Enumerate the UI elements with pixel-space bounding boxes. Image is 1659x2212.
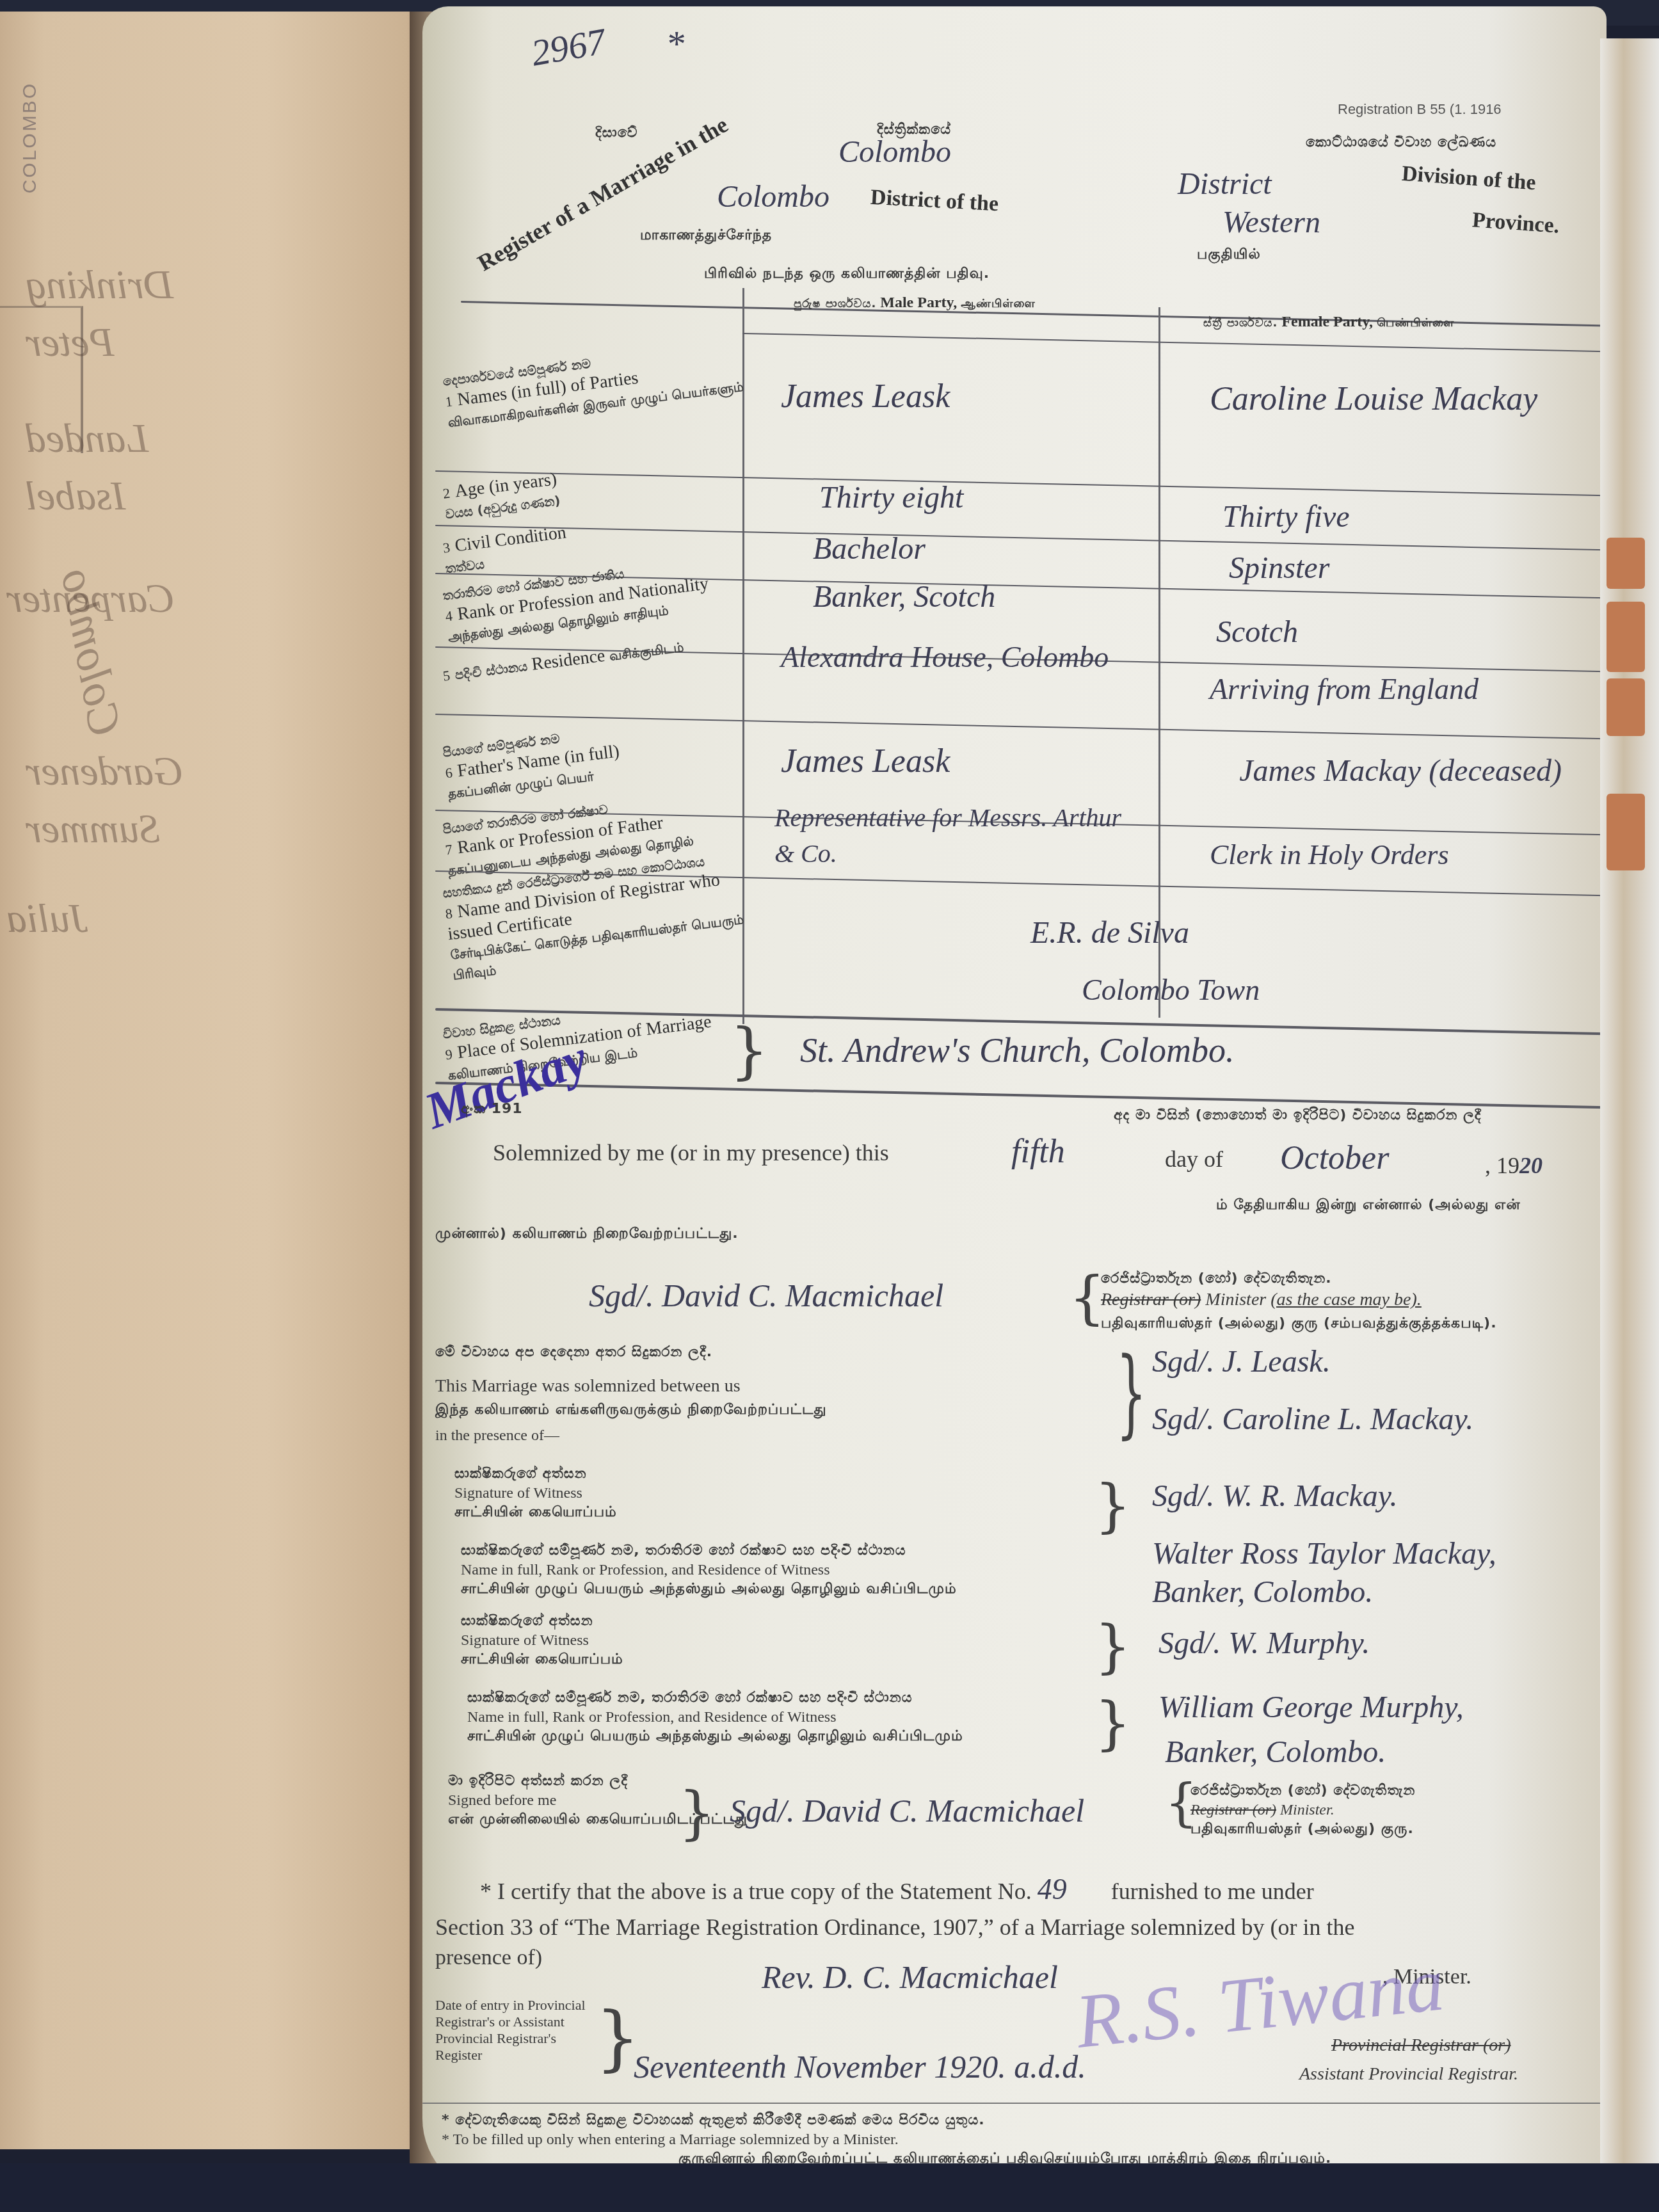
witness1-details-label: Name in full, Rank or Profession, and Re…: [461, 1562, 829, 1579]
minister-signature: Sgd/. David C. Macmichael: [589, 1277, 943, 1314]
form-code: Registration B 55 (1. 1916: [1338, 101, 1502, 118]
form-number-small: අංක 191: [461, 1101, 523, 1117]
ghost-writing: Summer: [26, 805, 160, 853]
footnote-text: * To be filled up only when entering a M…: [442, 2131, 899, 2149]
witness1-sig-label-sinhala: සාක්ෂිකරුගේ අත්සන: [454, 1466, 587, 1482]
brace: }: [678, 1779, 715, 1847]
registrar-division: Colombo Town: [1082, 973, 1260, 1007]
witness2-signature: Sgd/. W. Murphy.: [1158, 1626, 1370, 1661]
male-name: James Leask: [781, 378, 950, 415]
brace: {: [1069, 1264, 1105, 1331]
table-bottom-rule: [435, 1082, 1607, 1109]
header-tamil-2: பிரிவில் நடந்த ஒரு கலியாணத்தின் பதிவு.: [704, 266, 990, 284]
signed-before-role-sinhala: රෙජිස්ට්‍රාර්තැන (හෝ) දේවගැතිතැන: [1190, 1783, 1415, 1799]
solemnized-text: Solemnized by me (or in my presence) thi…: [493, 1139, 889, 1166]
column-header-female: ස්ත්‍රී පාර්ශවය. Female Party, பெண்பிள்ள…: [1203, 314, 1454, 331]
minister-role: Registrar (or) Minister (as the case may…: [1101, 1290, 1422, 1310]
header-tamil-1: மாகாணத்துச்சேர்ந்த: [640, 227, 772, 245]
male-residence: Alexandra House, Colombo: [781, 640, 1139, 675]
parties-label-tamil: இந்த கலியாணம் எங்களிருவருக்கும் நிறைவேற்…: [435, 1402, 827, 1420]
adjacent-page-edge: [1600, 38, 1659, 2183]
brace: }: [1094, 1472, 1131, 1539]
witness2-sig-label-tamil: சாட்சியின் கையொப்பம்: [461, 1651, 623, 1669]
female-residence: Arriving from England: [1210, 672, 1479, 706]
minister-role-sinhala: රෙජිස්ට්‍රාර්තැන (හෝ) දේවගැතිතැන.: [1101, 1270, 1332, 1286]
ghost-writing: Landed: [26, 415, 148, 462]
witness1-details-label-sinhala: සාක්ෂිකරුගේ සම්පූර්ණ නම, තරාතිරම හෝ රක්ෂ…: [461, 1543, 906, 1559]
registrar-name: E.R. de Silva: [1030, 915, 1189, 950]
female-party-signature: Sgd/. Caroline L. Mackay.: [1152, 1402, 1473, 1437]
left-page-stamp: COLOMBO: [19, 82, 41, 193]
witness1-sig-label-tamil: சாட்சியின் கையொப்பம்: [454, 1504, 617, 1522]
presence-label: in the presence of—: [435, 1427, 559, 1445]
signed-before-signature: Sgd/. David C. Macmichael: [730, 1792, 1084, 1829]
registrar-role: Assistant Provincial Registrar.: [1299, 2064, 1518, 2085]
signed-before-label-sinhala: මා ඉදිරිපිට අත්සන් කරන ලදී: [448, 1773, 628, 1789]
certification-minister: Rev. D. C. Macmichael: [762, 1959, 1058, 1996]
header-rule: [742, 333, 1607, 352]
brace: }: [1094, 1613, 1131, 1680]
witness1-sig-label: Signature of Witness: [454, 1485, 582, 1502]
male-party-signature: Sgd/. J. Leask.: [1152, 1344, 1331, 1379]
solemnized-year-prefix: , 1920: [1485, 1152, 1543, 1179]
certification-line2: Section 33 of “The Marriage Registration…: [435, 1914, 1355, 1941]
male-civil-condition: Bachelor: [813, 531, 926, 566]
female-civil-condition: Spinster: [1229, 550, 1329, 586]
solemnized-day: fifth: [1011, 1133, 1065, 1171]
ghost-writing: Drinking: [26, 261, 173, 309]
torn-edge: [1607, 602, 1645, 672]
signed-before-role-tamil: பதிவுகாரியஸ்தர் (அல்லது) குரு.: [1190, 1821, 1414, 1839]
parties-label: This Marriage was solemnized between us: [435, 1376, 741, 1397]
header-division-handwritten: District: [1178, 166, 1272, 202]
left-page: COLOMBO Drinking Peter Landed Isabel Car…: [0, 12, 442, 2149]
male-rank-nationality: Banker, Scotch: [813, 579, 995, 614]
solemnized-tamil-2: முன்னால்) கலியாணம் நிறைவேற்றப்பட்டது.: [435, 1226, 739, 1244]
annotation-number: 2967: [528, 19, 609, 74]
torn-edge: [1607, 678, 1645, 736]
column-header-male: පුරුෂ පාර්ශවය. Male Party, ஆண்பிள்ளை: [794, 294, 1036, 312]
entry-date: Seventeenth November 1920. a.d.d.: [634, 2048, 1086, 2085]
certification-line1: * I certify that the above is a true cop…: [480, 1872, 1314, 1906]
minister-role-tamil: பதிவுகாரியஸ்தர் (அல்லது) குரு (சம்பவத்து…: [1101, 1315, 1497, 1333]
male-father-profession: Representative for Messrs. Arthur & Co.: [774, 800, 1146, 872]
witness2-details-label-sinhala: සාක්ෂිකරුගේ සම්පූර්ණ නම, තරාතිරම හෝ රක්ෂ…: [467, 1690, 912, 1706]
place-of-solemnization: St. Andrew's Church, Colombo.: [800, 1030, 1235, 1070]
witness2-profession-residence: Banker, Colombo.: [1165, 1735, 1386, 1770]
ghost-writing: Isabel: [26, 472, 125, 520]
witness1-signature: Sgd/. W. R. Mackay.: [1152, 1479, 1397, 1514]
male-father-name: James Leask: [781, 742, 950, 780]
header-district-label: District of the: [870, 186, 999, 216]
registrar-role-struck: Provincial Registrar (or): [1331, 2035, 1511, 2056]
brace: }: [1094, 1690, 1131, 1757]
witness1-profession-residence: Banker, Colombo.: [1152, 1575, 1373, 1610]
footnote-rule: [422, 2103, 1607, 2104]
header-district-handwritten: Colombo: [838, 134, 951, 170]
female-name: Caroline Louise Mackay: [1210, 371, 1555, 428]
brace: }: [730, 1014, 769, 1086]
torn-edge: [1607, 794, 1645, 870]
solemnized-month: October: [1280, 1139, 1389, 1177]
signed-before-role: Registrar (or) Minister.: [1190, 1802, 1334, 1819]
female-father-name: James Mackay (deceased): [1203, 752, 1562, 790]
witness2-details-label-tamil: சாட்சியின் முழுப் பெயரும் அந்தஸ்தும் அல்…: [467, 1728, 963, 1746]
witness2-sig-label: Signature of Witness: [461, 1632, 589, 1649]
ghost-writing: Gardener: [26, 748, 183, 795]
marriage-register-page: 2967 * Registration B 55 (1. 1916 දිසාවේ…: [422, 6, 1607, 2195]
parties-label-sinhala: මේ විවාහය අප දෙදෙනා අතර සිදුකරන ලදී.: [435, 1344, 712, 1360]
row-label-names: දෙපාර්ශවයේ සම්පූර්ණ නම 1Names (in full) …: [442, 335, 748, 433]
solemnized-tamil-1: ம் தேதியாகிய இன்று என்னால் (அல்லது என்: [1216, 1197, 1521, 1215]
header-sinhala-3: කොට්ඨාශයේ විවාහ ලේඛණය: [1306, 134, 1496, 150]
header-province-label: Province.: [1471, 208, 1560, 238]
witness2-name: William George Murphy,: [1158, 1690, 1464, 1725]
torn-edge: [1607, 538, 1645, 589]
witness2-details-label: Name in full, Rank or Profession, and Re…: [467, 1709, 836, 1726]
ghost-writing: Julia: [6, 895, 88, 942]
footnote-sinhala: * දේවගැතියෙකු විසින් සිදුකළ විවාහයක් ඇතු…: [442, 2112, 985, 2128]
witness1-details-label-tamil: சாட்சியின் முழுப் பெயரும் அந்தஸ்தும் அல்…: [461, 1581, 957, 1599]
certification-line3: presence of): [435, 1946, 542, 1970]
witness2-sig-label-sinhala: සාක්ෂිකරුගේ අත්සන: [461, 1613, 593, 1629]
female-rank-nationality: Scotch: [1216, 614, 1298, 650]
witness1-name: Walter Ross Taylor Mackay,: [1152, 1536, 1496, 1571]
entry-date-label: Date of entry in Provincial Registrar's …: [435, 1997, 602, 2064]
signed-before-label: Signed before me: [448, 1792, 556, 1809]
annotation-asterisk: *: [666, 22, 684, 65]
header-tamil-3: பகுதியில்: [1197, 246, 1261, 264]
brace: }: [1116, 1338, 1147, 1449]
header-division-label: Division of the: [1401, 162, 1537, 196]
ghost-writing: Peter: [26, 319, 115, 366]
header-sinhala-1: දිසාවේ: [595, 125, 638, 141]
female-age: Thirty five: [1222, 499, 1350, 534]
male-age: Thirty eight: [819, 480, 963, 515]
background-bottom: [0, 2163, 1659, 2212]
solemnized-sinhala: අද මා විසින් (නොහොත් මා ඉදිරිපිට) විවාහය…: [1114, 1107, 1482, 1123]
header-district2-handwritten: Colombo: [717, 179, 829, 214]
solemnized-day-label: day of: [1165, 1146, 1223, 1173]
female-father-profession: Clerk in Holy Orders: [1210, 838, 1449, 871]
header-province-handwritten: Western: [1222, 205, 1320, 240]
